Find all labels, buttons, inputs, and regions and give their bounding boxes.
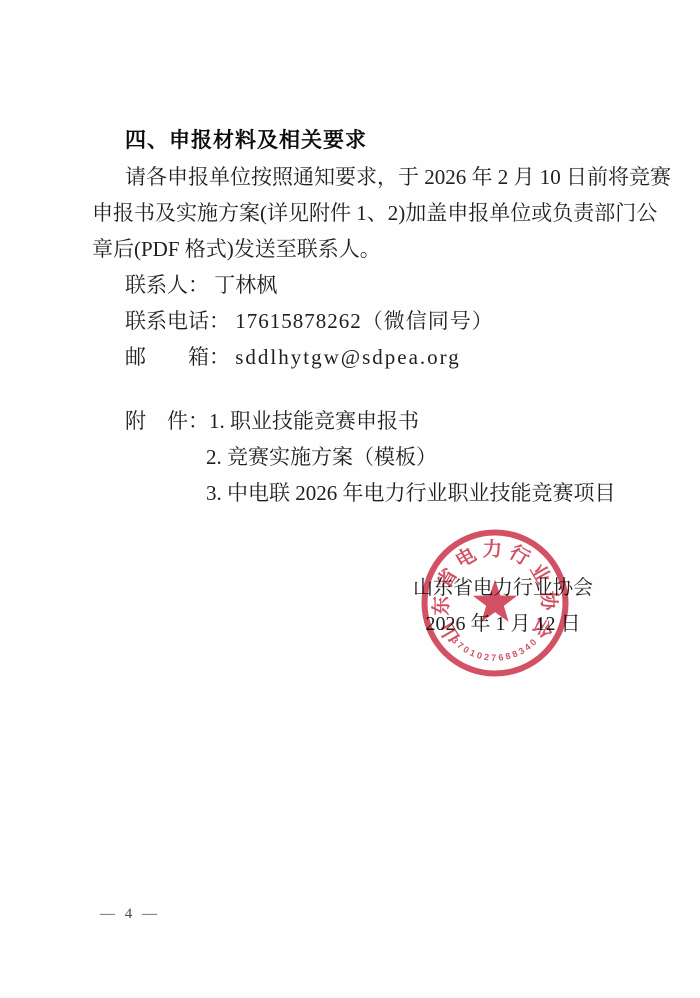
document-body: 四、申报材料及相关要求 请各申报单位按照通知要求，于 2026 年 2 月 10… xyxy=(92,123,652,511)
paragraph-line: 申报书及实施方案(详见附件 1、2)加盖申报单位或负责部门公 xyxy=(92,195,652,231)
paragraph-line: 章后(PDF 格式)发送至联系人。 xyxy=(92,231,652,267)
attachments-label: 附 件： xyxy=(125,409,209,433)
contact-line-person: 联系人： 丁林枫 xyxy=(92,267,652,303)
contact-value: 17615878262（微信同号） xyxy=(235,309,494,333)
contact-value: sddlhytgw@sdpea.org xyxy=(235,345,461,369)
attachment-item: 3. 中电联 2026 年电力行业职业技能竞赛项目 xyxy=(92,475,652,511)
contact-line-email: 邮 箱： sddlhytgw@sdpea.org xyxy=(92,339,652,375)
contact-line-phone: 联系电话： 17615878262（微信同号） xyxy=(92,303,652,339)
document-page: 四、申报材料及相关要求 请各申报单位按照通知要求，于 2026 年 2 月 10… xyxy=(0,0,700,998)
attachment-line: 附 件：1. 职业技能竞赛申报书 xyxy=(92,403,652,439)
contact-label: 邮 箱： xyxy=(125,345,235,369)
contact-label: 联系电话： xyxy=(125,309,235,333)
section-heading: 四、申报材料及相关要求 xyxy=(92,123,652,159)
attachment-item: 1. 职业技能竞赛申报书 xyxy=(209,409,419,433)
paragraph-line: 请各申报单位按照通知要求，于 2026 年 2 月 10 日前将竞赛 xyxy=(92,159,652,195)
page-number: — 4 — xyxy=(100,906,160,923)
attachment-item: 2. 竞赛实施方案（模板） xyxy=(92,439,652,475)
contact-value: 丁林枫 xyxy=(214,273,277,297)
attachments-block: 附 件：1. 职业技能竞赛申报书 2. 竞赛实施方案（模板） 3. 中电联 20… xyxy=(92,403,652,511)
seal-serial-number: 3701027688340 xyxy=(450,635,541,663)
official-seal: 山东省电力行业协会 3701027688340 xyxy=(420,528,570,678)
contact-label: 联系人： xyxy=(125,273,214,297)
seal-star-icon xyxy=(473,580,517,622)
